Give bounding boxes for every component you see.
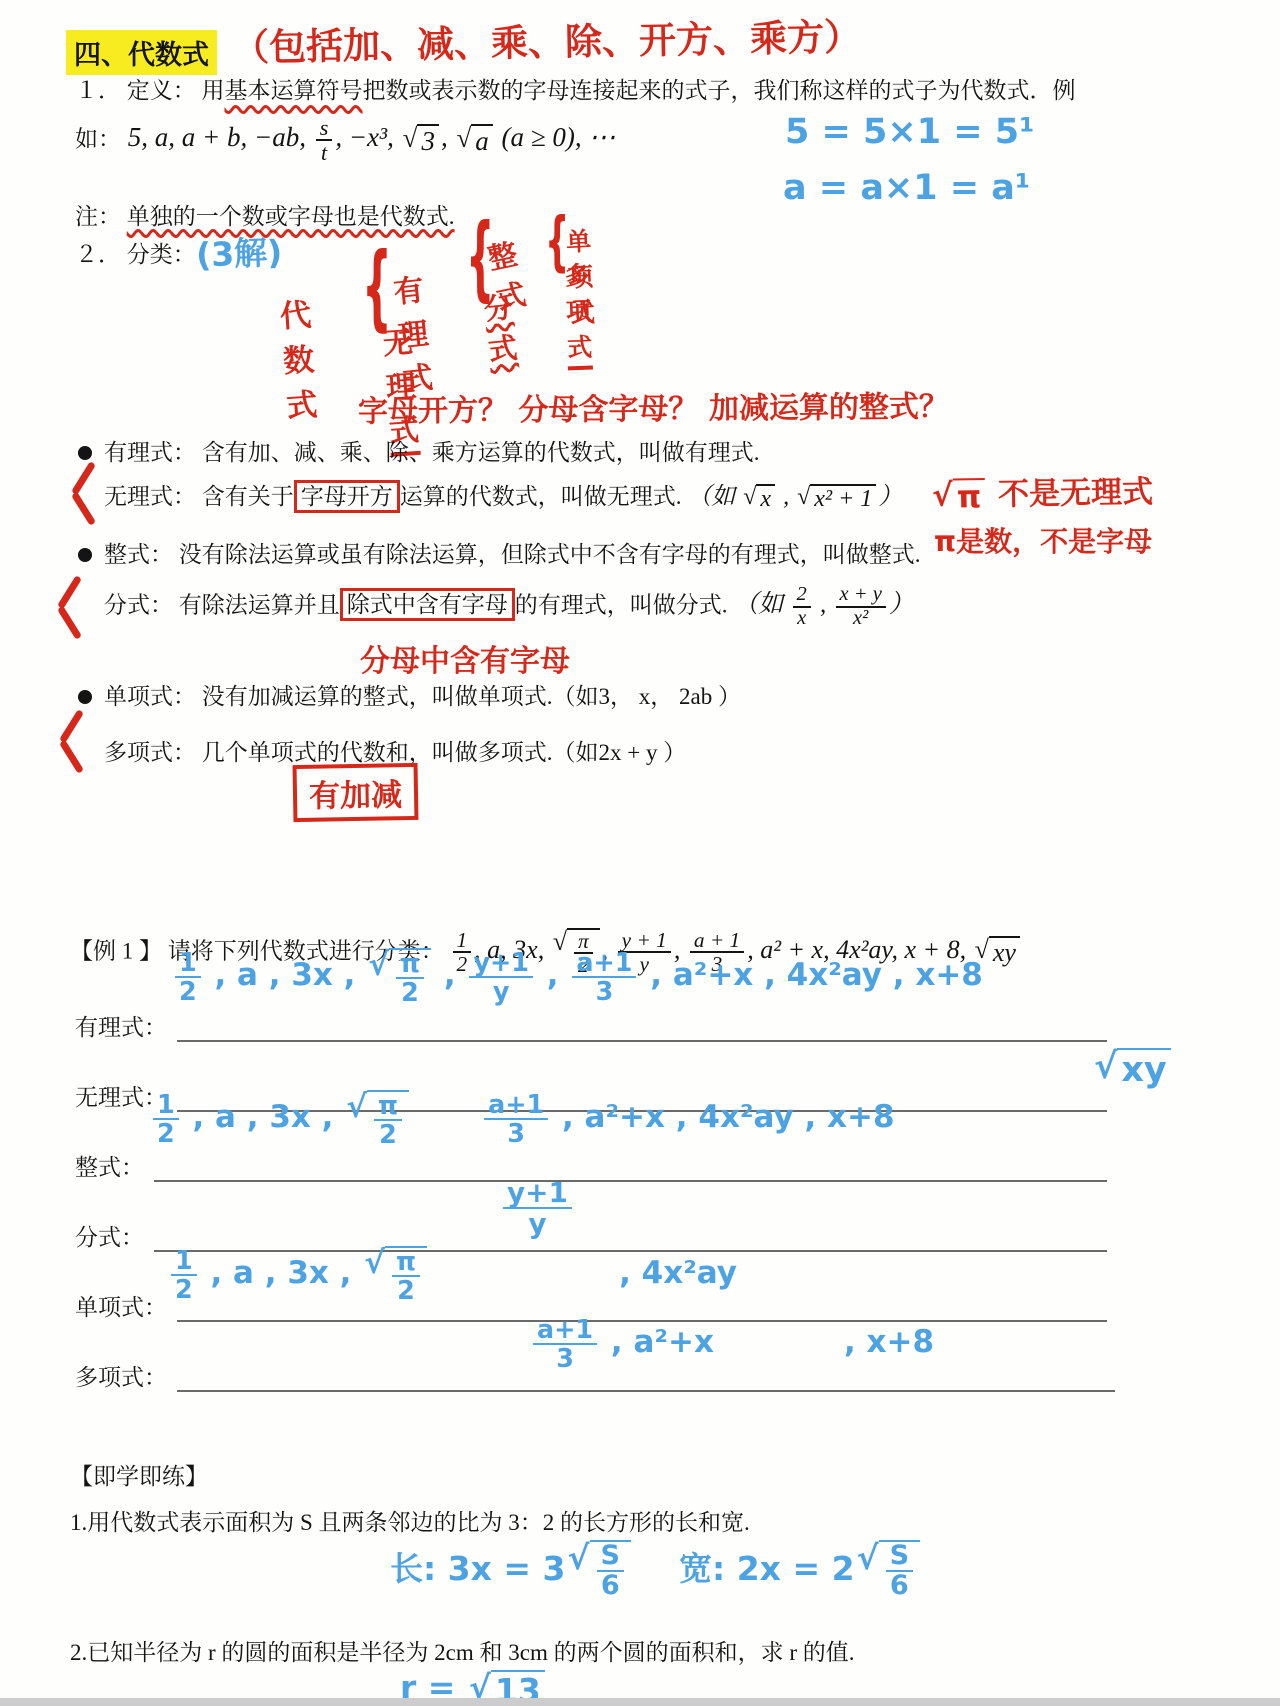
answer-label-fraction: 分式：	[75, 1219, 144, 1252]
blue-note-power-1: 5 = 5×1 = 5¹	[785, 112, 1034, 152]
definition-term: 定义：	[127, 78, 196, 103]
definition-post: 把数或表示数的字母连接起来的式子，我们称这样的式子为代数式．例	[363, 78, 1076, 103]
irrational-post: 运算的代数式，叫做无理式.	[400, 484, 682, 509]
tree-polynomial: 多项式	[564, 256, 593, 371]
answer-row-integral: 整式：	[75, 1152, 1107, 1182]
answer-label-rational: 有理式：	[75, 1009, 167, 1042]
answer-label-polynomial: 多项式：	[75, 1359, 167, 1392]
definition-line: １． 定义： 用基本运算符号把数或表示数的字母连接起来的式子，我们称这样的式子为…	[75, 74, 1165, 107]
red-angle-mark-1	[72, 458, 102, 522]
blue-answer-monomial: 12 , a , 3x , √π2, 4x²ay	[168, 1246, 737, 1303]
definition-wavy-underlined: 基本运算符号	[225, 78, 363, 103]
integral-line: 整式： 没有除法运算或虽有除法运算，但除式中不含有字母的有理式，叫做整式.	[104, 538, 964, 571]
red-note-denominator: 分母中含有字母	[360, 636, 570, 680]
answer-label-monomial: 单项式：	[75, 1289, 167, 1322]
irrational-pre: 含有关于	[202, 484, 294, 509]
bullet-dot-integral	[78, 548, 92, 562]
fraction-pre: 有除法运算并且	[179, 592, 340, 617]
monomial-text: 没有加减运算的整式，叫做单项式.（如3， x， 2ab ）	[202, 684, 741, 709]
monomial-line: 单项式： 没有加减运算的整式，叫做单项式.（如3， x， 2ab ）	[104, 680, 1004, 713]
example1-title: 【例 1 】	[70, 938, 162, 963]
rational-term: 有理式：	[104, 440, 196, 465]
practice-title: 【即学即练】	[70, 1460, 208, 1493]
definition-pre: 用	[202, 78, 225, 103]
red-angle-mark-2	[58, 572, 88, 636]
practice-q2: 2.已知半径为 r 的圆的面积是半径为 2cm 和 3cm 的两个圆的面积和，求…	[70, 1636, 1190, 1669]
blue-note-power-2: a = a×1 = a¹	[783, 168, 1030, 208]
irrational-line: 无理式： 含有关于字母开方运算的代数式，叫做无理式. （如 √x , √x² +…	[104, 480, 934, 515]
definition-number: １．	[75, 78, 121, 103]
blue-answer-polynomial: a+13 , a²+x, x+8	[530, 1316, 934, 1371]
blue-answer-irrational: √xy	[1092, 1048, 1173, 1090]
bullet-dot-monomial	[78, 690, 92, 704]
red-margin-note-pi-number: π是数，不是字母	[934, 520, 1152, 560]
blue-answer-fraction: y+1y	[500, 1178, 575, 1239]
fraction-term: 分式：	[104, 592, 173, 617]
rational-text: 含有加、减、乘、除、乘方运算的代数式，叫做有理式.	[202, 440, 760, 465]
red-margin-note-sqrt-pi: √π 不是无理式	[930, 466, 1154, 516]
blue-answer-integral: 12 , a , 3x , √π2a+13 , a²+x , 4x²ay , x…	[150, 1090, 895, 1147]
answer-blank-integral	[154, 1150, 1107, 1182]
irrational-boxed-phrase: 字母开方	[294, 480, 400, 513]
note-text: 单独的一个数或字母也是代数式.	[127, 204, 455, 229]
page-title: 四、代数式	[66, 30, 217, 75]
monomial-term: 单项式：	[104, 684, 196, 709]
integral-text: 没有除法运算或虽有除法运算，但除式中不含有字母的有理式，叫做整式.	[179, 542, 921, 567]
fraction-post: 的有理式，叫做分式.	[515, 592, 728, 617]
title-annotation-handwritten: （包括加、减、乘、除、开方、乘方）	[232, 7, 862, 72]
classification-heading: ２． 分类：	[75, 238, 196, 271]
fraction-boxed-phrase: 除式中含有字母	[340, 588, 515, 621]
polynomial-term: 多项式：	[104, 740, 196, 765]
page-edge-bar	[0, 1698, 1280, 1706]
irrational-examples-math: （如 √x , √x² + 1）	[687, 484, 902, 510]
fraction-line: 分式： 有除法运算并且除式中含有字母的有理式，叫做分式. （如 2x , x +…	[104, 584, 1004, 629]
blue-classify-note: (3解)	[195, 227, 283, 277]
worksheet-page: 四、代数式 （包括加、减、乘、除、开方、乘方） １． 定义： 用基本运算符号把数…	[0, 0, 1280, 1706]
integral-term: 整式：	[104, 542, 173, 567]
examples-math: 5, a, a + b, −ab, st, −x³, √3, √a (a ≥ 0…	[128, 122, 616, 152]
polynomial-line: 多项式： 几个单项式的代数和，叫做多项式.（如2x + y ）	[104, 736, 1004, 769]
classification-number: ２．	[75, 242, 121, 267]
note-label: 注：	[75, 204, 121, 229]
fraction-examples-math: （如 2x , x + yx²）	[733, 591, 914, 618]
definition-examples-line: 如： 5, a, a + b, −ab, st, −x³, √3, √a (a …	[75, 116, 615, 164]
answer-row-rational: 有理式：	[75, 1012, 1107, 1042]
blue-answer-rational: 12 , a , 3x , √π2 , y+1y , a+13 , a²+x ,…	[172, 948, 983, 1005]
tree-root: 代数式	[278, 289, 318, 426]
blue-answer-practice1: 长: 3x = 3√S6宽: 2x = 2√S6	[390, 1540, 922, 1601]
red-question-line: 字母开方？ 分母含字母？ 加减运算的整式？	[358, 381, 949, 430]
examples-prefix: 如：	[75, 126, 121, 151]
red-angle-mark-3	[60, 706, 90, 770]
answer-label-integral: 整式：	[75, 1149, 144, 1182]
answer-blank-rational	[177, 1010, 1107, 1042]
irrational-term: 无理式：	[104, 484, 196, 509]
practice-q1: 1.用代数式表示面积为 S 且两条邻边的比为 3：2 的长方形的长和宽.	[70, 1506, 1170, 1539]
rational-line: 有理式： 含有加、减、乘、除、乘方运算的代数式，叫做有理式.	[104, 436, 1004, 469]
classification-term: 分类：	[127, 242, 196, 267]
polynomial-text: 几个单项式的代数和，叫做多项式.（如2x + y ）	[202, 740, 686, 765]
red-boxed-has-addsub: 有加减	[293, 763, 419, 822]
